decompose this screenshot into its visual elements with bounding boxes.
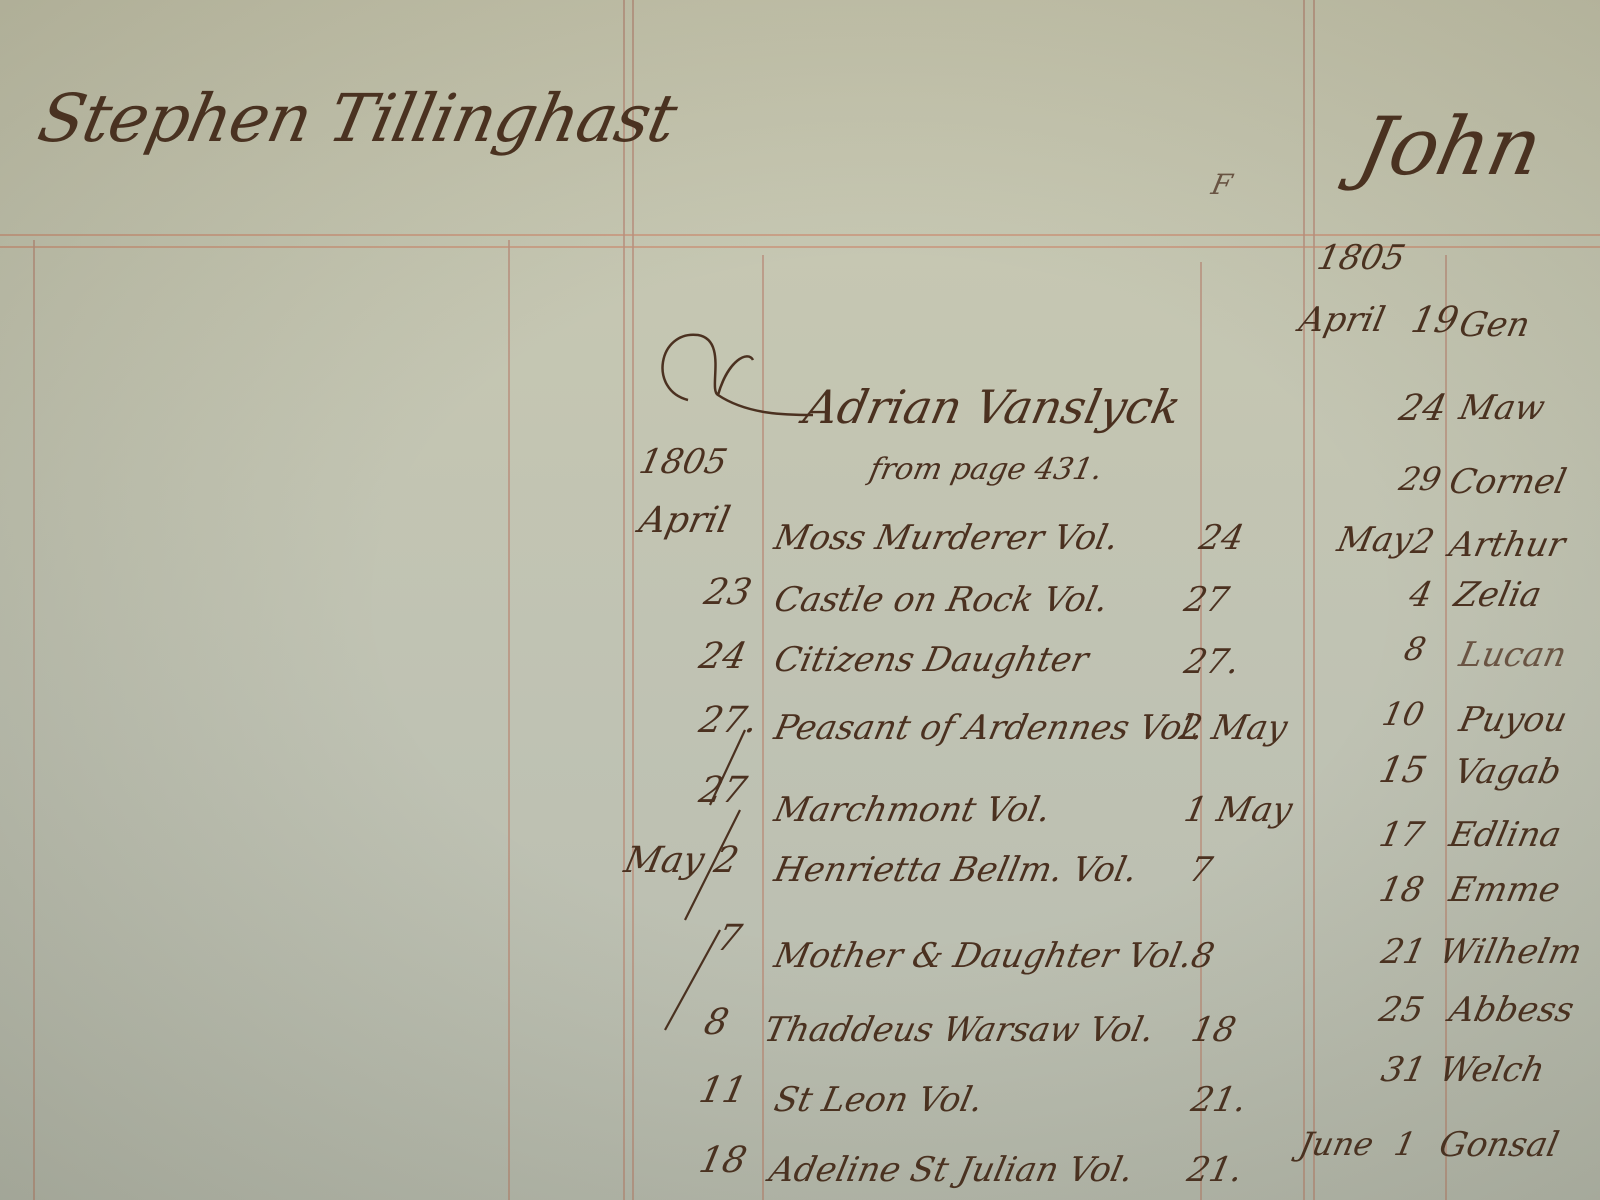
right-account-name: John [1350, 100, 1549, 193]
right-entry-title: Maw [1456, 388, 1549, 428]
entry-month: April [636, 500, 734, 541]
right-entry-day: 31 [1378, 1050, 1430, 1090]
debit-flourish-icon [648, 320, 818, 430]
entry-title: Peasant of Ardennes Vol. [771, 708, 1208, 748]
entry-title: Henrietta Bellm. Vol. [771, 850, 1141, 890]
right-entry-title: Puyou [1456, 700, 1571, 740]
right-entry-title: Arthur [1446, 525, 1569, 565]
entry-returned: 21. [1184, 1150, 1247, 1190]
right-entry-title: Abbess [1446, 990, 1578, 1030]
entry-title: St Leon Vol. [771, 1080, 987, 1120]
right-entry-title: Gonsal [1436, 1125, 1563, 1165]
middle-account-year: 1805 [636, 442, 731, 482]
right-account-year: 1805 [1314, 238, 1409, 278]
right-entry-title: Gen [1456, 305, 1534, 345]
right-entry-day: 25 [1376, 990, 1428, 1030]
right-entry-day: 15 [1376, 750, 1431, 791]
right-entry-day: 29 [1396, 460, 1445, 498]
right-entry-day: 18 [1376, 870, 1428, 910]
left-column-rule [508, 240, 510, 1200]
entry-returned: 21. [1188, 1080, 1251, 1120]
right-entry-title: Lucan [1456, 635, 1570, 675]
entry-title: Adeline St Julian Vol. [766, 1150, 1137, 1190]
right-entry-day: 1 [1391, 1125, 1419, 1163]
entry-title: Moss Murderer Vol. [771, 518, 1122, 558]
right-entry-day: 10 [1379, 695, 1428, 733]
right-entry-day: 24 [1396, 388, 1451, 429]
right-entry-title: Edlina [1446, 815, 1565, 855]
right-entry-month: June [1296, 1125, 1377, 1163]
entry-returned: 7 [1186, 850, 1216, 890]
page-divider-rule-d [1313, 0, 1315, 1200]
page-divider-rule-c [1303, 0, 1305, 1200]
right-entry-title: Emme [1446, 870, 1564, 910]
left-account-name: Stephen Tillinghast [32, 80, 683, 157]
entry-returned: 2 May [1176, 708, 1291, 748]
entry-day: 11 [696, 1070, 751, 1111]
ditto-strokes [625, 720, 765, 1040]
entry-returned: 24 [1196, 518, 1248, 558]
entry-day: 24 [696, 636, 751, 677]
entry-returned: 27. [1181, 642, 1244, 682]
entry-returned: 27 [1181, 580, 1233, 620]
right-entry-month: April [1296, 300, 1389, 340]
right-entry-day: 4 [1406, 575, 1436, 615]
entry-day: 23 [701, 572, 756, 613]
right-entry-title: Welch [1436, 1050, 1549, 1090]
ledger-page: Stephen Tillinghast F John 1805 Adrian V… [0, 0, 1600, 1200]
right-entry-day: 17 [1376, 815, 1428, 855]
right-entry-title: Wilhelm [1436, 932, 1586, 972]
entry-title: Castle on Rock Vol. [771, 580, 1112, 620]
entry-title: Mother & Daughter Vol. [771, 936, 1196, 976]
middle-account-subtitle: from page 431. [866, 452, 1105, 487]
right-entry-day: 21 [1378, 932, 1430, 972]
right-entry-month: May [1334, 520, 1417, 560]
right-entry-day: 19 [1408, 300, 1463, 341]
left-margin-rule [33, 240, 35, 1200]
right-entry-title: Vagab [1451, 752, 1565, 792]
header-rule-top [0, 234, 1600, 236]
entry-title: Thaddeus Warsaw Vol. [761, 1010, 1158, 1050]
right-entry-title: Cornel [1446, 462, 1570, 502]
right-entry-day: 8 [1401, 630, 1429, 668]
right-entry-title: Zelia [1451, 575, 1545, 615]
entry-returned: 18 [1188, 1010, 1240, 1050]
middle-account-name: Adrian Vanslyck [799, 380, 1186, 434]
entry-title: Marchmont Vol. [771, 790, 1054, 830]
entry-day: 18 [696, 1140, 751, 1181]
margin-mark: F [1208, 168, 1234, 201]
entry-title: Citizens Daughter [771, 640, 1092, 680]
entry-returned: 1 May [1181, 790, 1296, 830]
